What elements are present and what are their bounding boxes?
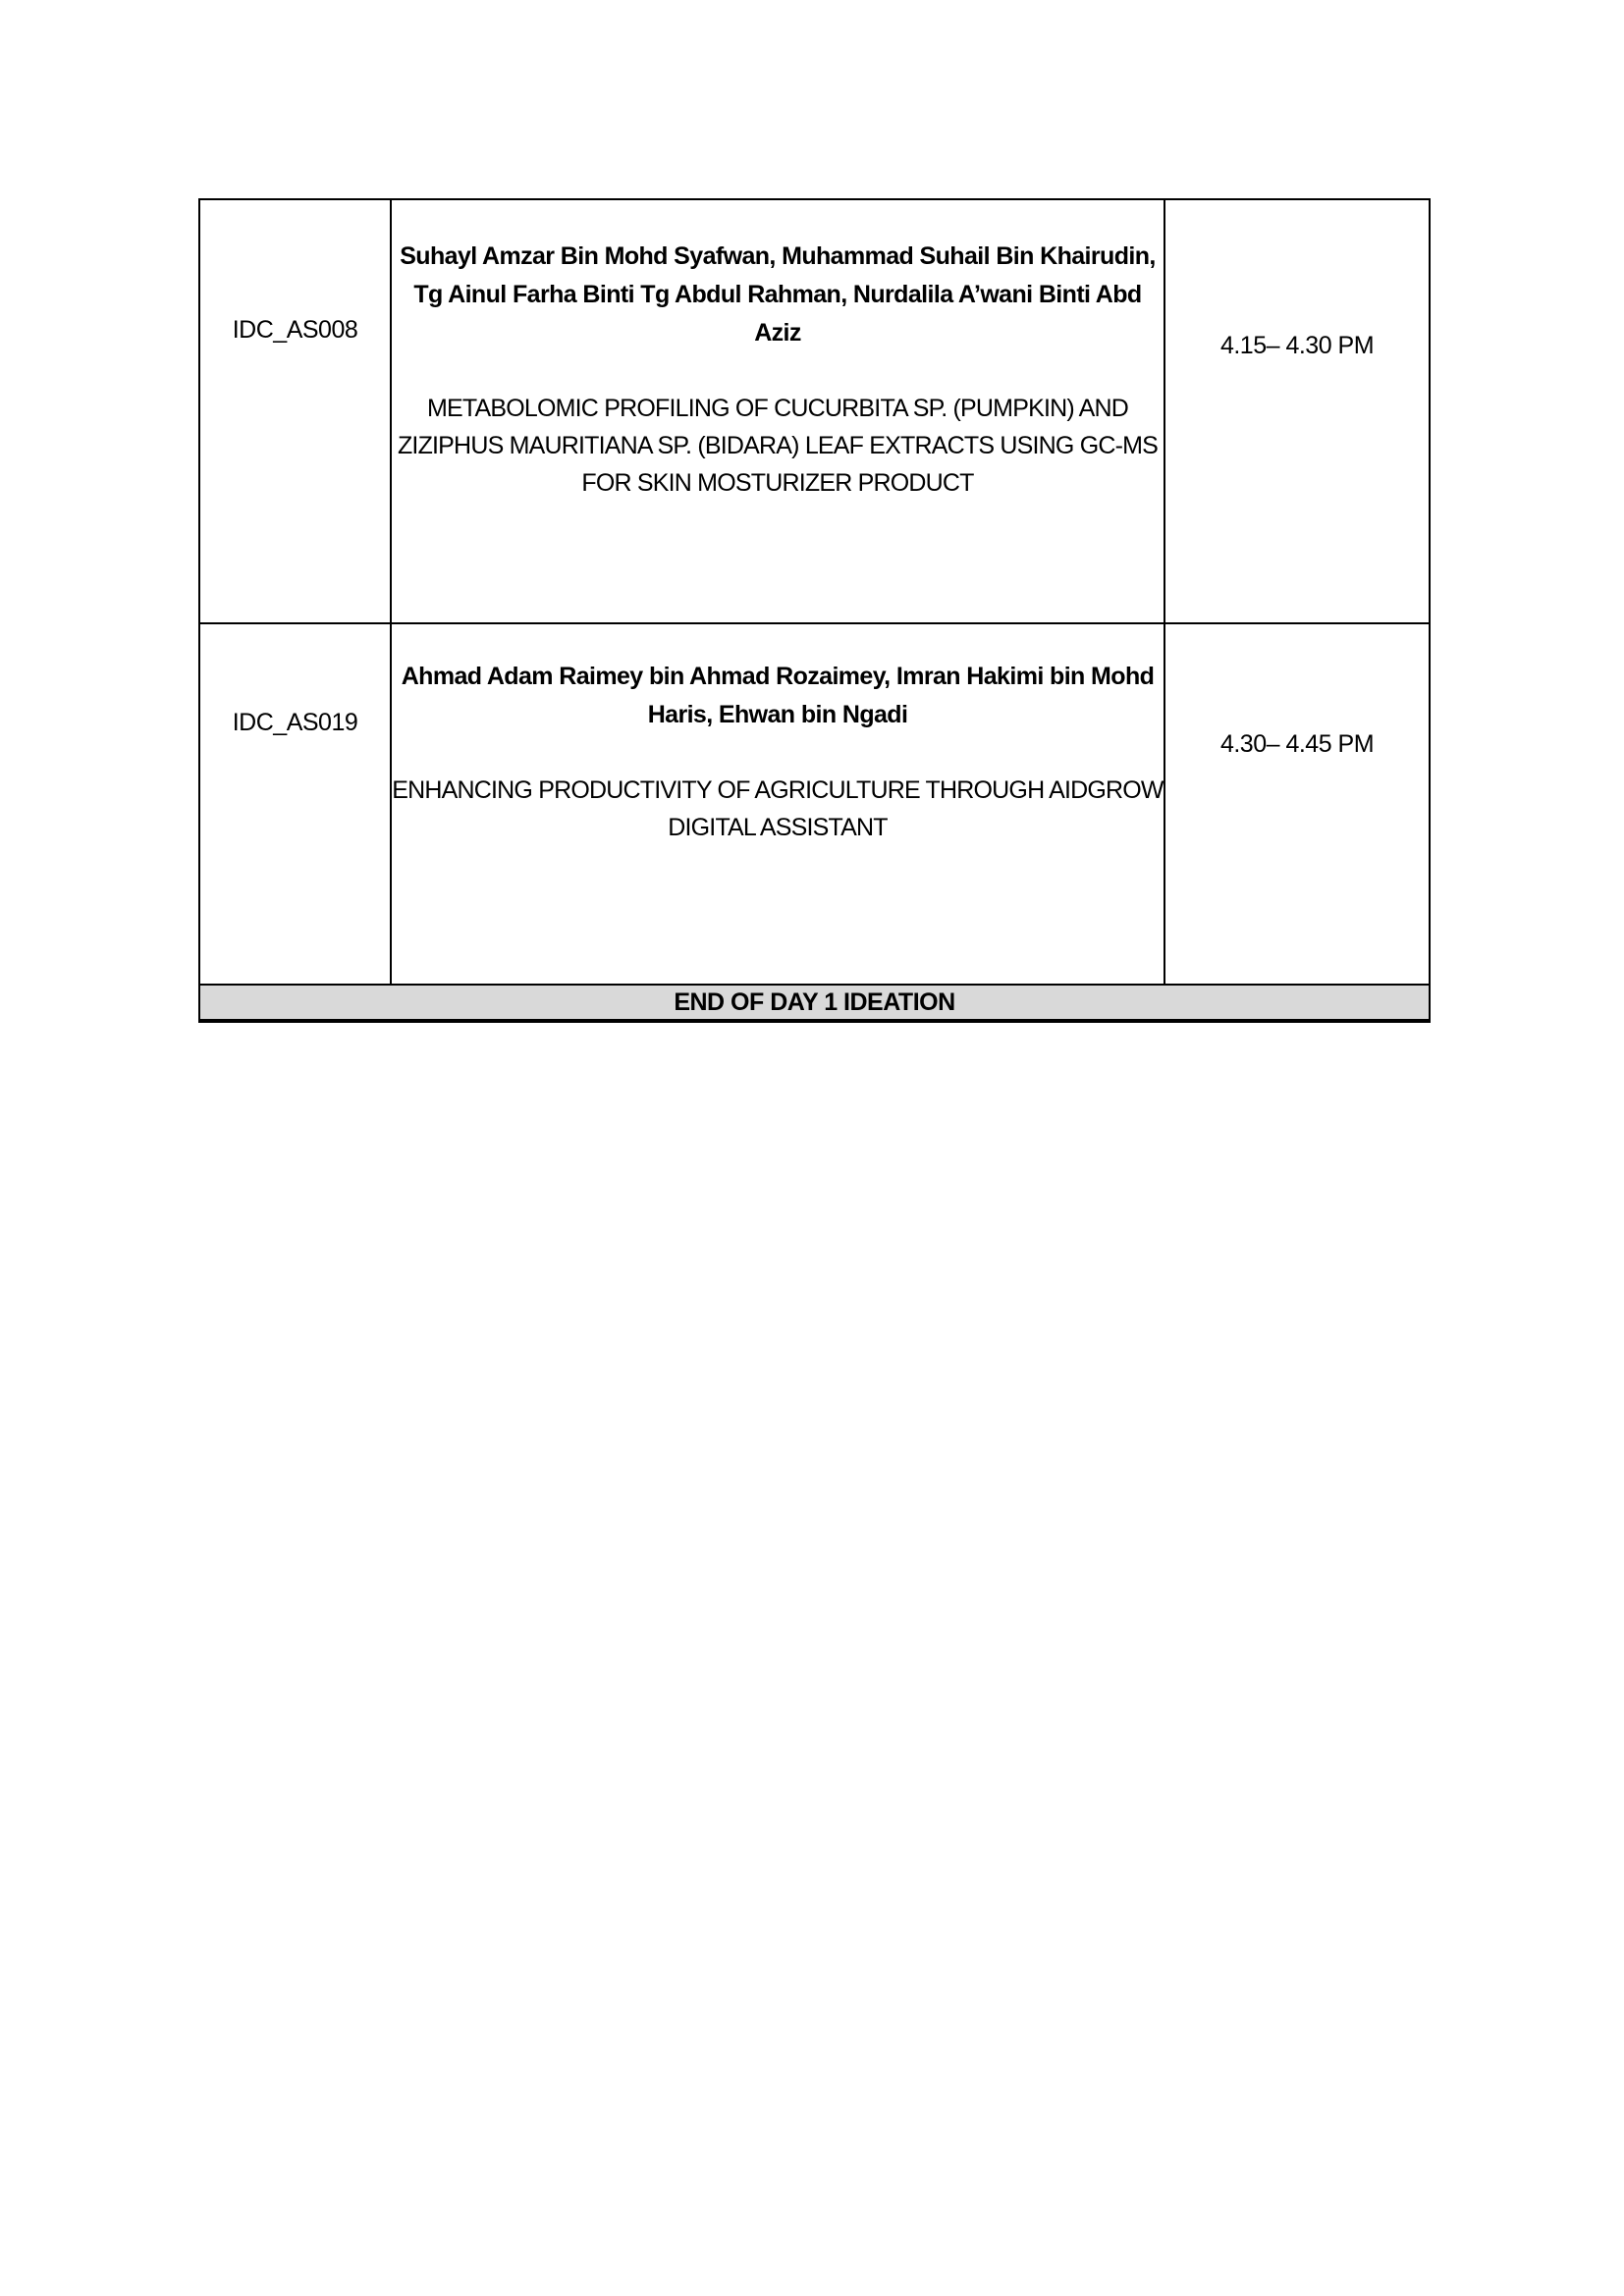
presentation-time: 4.15– 4.30 PM [1164, 199, 1430, 623]
presentation-title: METABOLOMIC PROFILING OF CUCURBITA SP. (… [392, 390, 1164, 502]
table-row: IDC_AS019 Ahmad Adam Raimey bin Ahmad Ro… [199, 623, 1430, 985]
table-footer-row: END OF DAY 1 IDEATION [199, 985, 1430, 1021]
presentation-authors: Ahmad Adam Raimey bin Ahmad Rozaimey, Im… [392, 658, 1164, 734]
presentation-details: Suhayl Amzar Bin Mohd Syafwan, Muhammad … [391, 199, 1164, 623]
table-row: IDC_AS008 Suhayl Amzar Bin Mohd Syafwan,… [199, 199, 1430, 623]
presentation-title: ENHANCING PRODUCTIVITY OF AGRICULTURE TH… [392, 772, 1164, 846]
presentation-schedule-table: IDC_AS008 Suhayl Amzar Bin Mohd Syafwan,… [198, 198, 1431, 1023]
presentation-details: Ahmad Adam Raimey bin Ahmad Rozaimey, Im… [391, 623, 1164, 985]
presentation-time: 4.30– 4.45 PM [1164, 623, 1430, 985]
presentation-id: IDC_AS008 [199, 199, 391, 623]
end-of-day-label: END OF DAY 1 IDEATION [199, 985, 1430, 1021]
presentation-id: IDC_AS019 [199, 623, 391, 985]
presentation-authors: Suhayl Amzar Bin Mohd Syafwan, Muhammad … [392, 238, 1164, 352]
